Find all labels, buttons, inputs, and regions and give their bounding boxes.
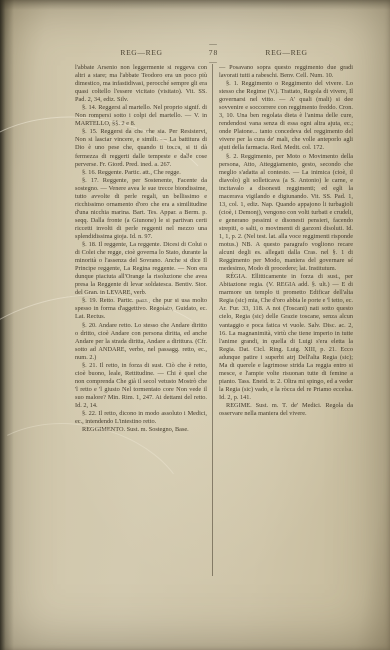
paragraph: §. 1. Reggimento o Reggimento del vivere… bbox=[219, 80, 353, 152]
page-number: — 78 — bbox=[208, 39, 219, 66]
text-column-right: — Posavano sopra questo reggimento due g… bbox=[219, 64, 353, 578]
scanned-page: REG—REG — 78 — REG—REG l'abbate Arsenio … bbox=[0, 0, 390, 650]
paragraph: §. 16. Reggente. Partic. att., Che regge… bbox=[75, 169, 207, 177]
column-divider-rule bbox=[212, 64, 213, 576]
paragraph: l'abbate Arsenio non leggermente si regg… bbox=[75, 64, 207, 104]
paragraph: §. 17. Reggente, per Sostenente, Facente… bbox=[75, 177, 207, 241]
paragraph: REGIME. Sust. m. T. de' Medici. Regola d… bbox=[219, 402, 353, 418]
paragraph: §. 15. Reggersi da che che sia. Per Resi… bbox=[75, 128, 207, 168]
paragraph: RÉGIA. Ellitticamente in forza di sust.,… bbox=[219, 273, 353, 402]
paragraph: §. 20. Andare retto. Lo stesso che Andar… bbox=[75, 322, 207, 362]
paragraph: §. 22. Il retto, dicono in modo assoluto… bbox=[75, 410, 207, 426]
running-head-right: REG—REG bbox=[219, 48, 354, 57]
paragraph: §. 21. Il retto, in forza di sust. Ciò c… bbox=[75, 362, 207, 410]
paragraph: §. 19. Retto. Partic. pass., che pur si … bbox=[75, 297, 207, 321]
running-head-left: REG—REG bbox=[75, 48, 208, 57]
paragraph: §. 2. Reggimento, per Moto o Movimento d… bbox=[219, 153, 353, 274]
paragraph: REGGIMENTO. Sust. m. Sostegno, Base. bbox=[75, 426, 207, 434]
paragraph: — Posavano sopra questo reggimento due g… bbox=[219, 64, 353, 80]
paragraph: §. 18. Il reggente, La reggente. Dicesi … bbox=[75, 241, 207, 297]
paragraph: §. 14. Reggersi al martello. Nel proprio… bbox=[75, 104, 207, 128]
text-column-left: l'abbate Arsenio non leggermente si regg… bbox=[75, 64, 207, 578]
running-head: REG—REG — 78 — REG—REG bbox=[75, 46, 354, 58]
